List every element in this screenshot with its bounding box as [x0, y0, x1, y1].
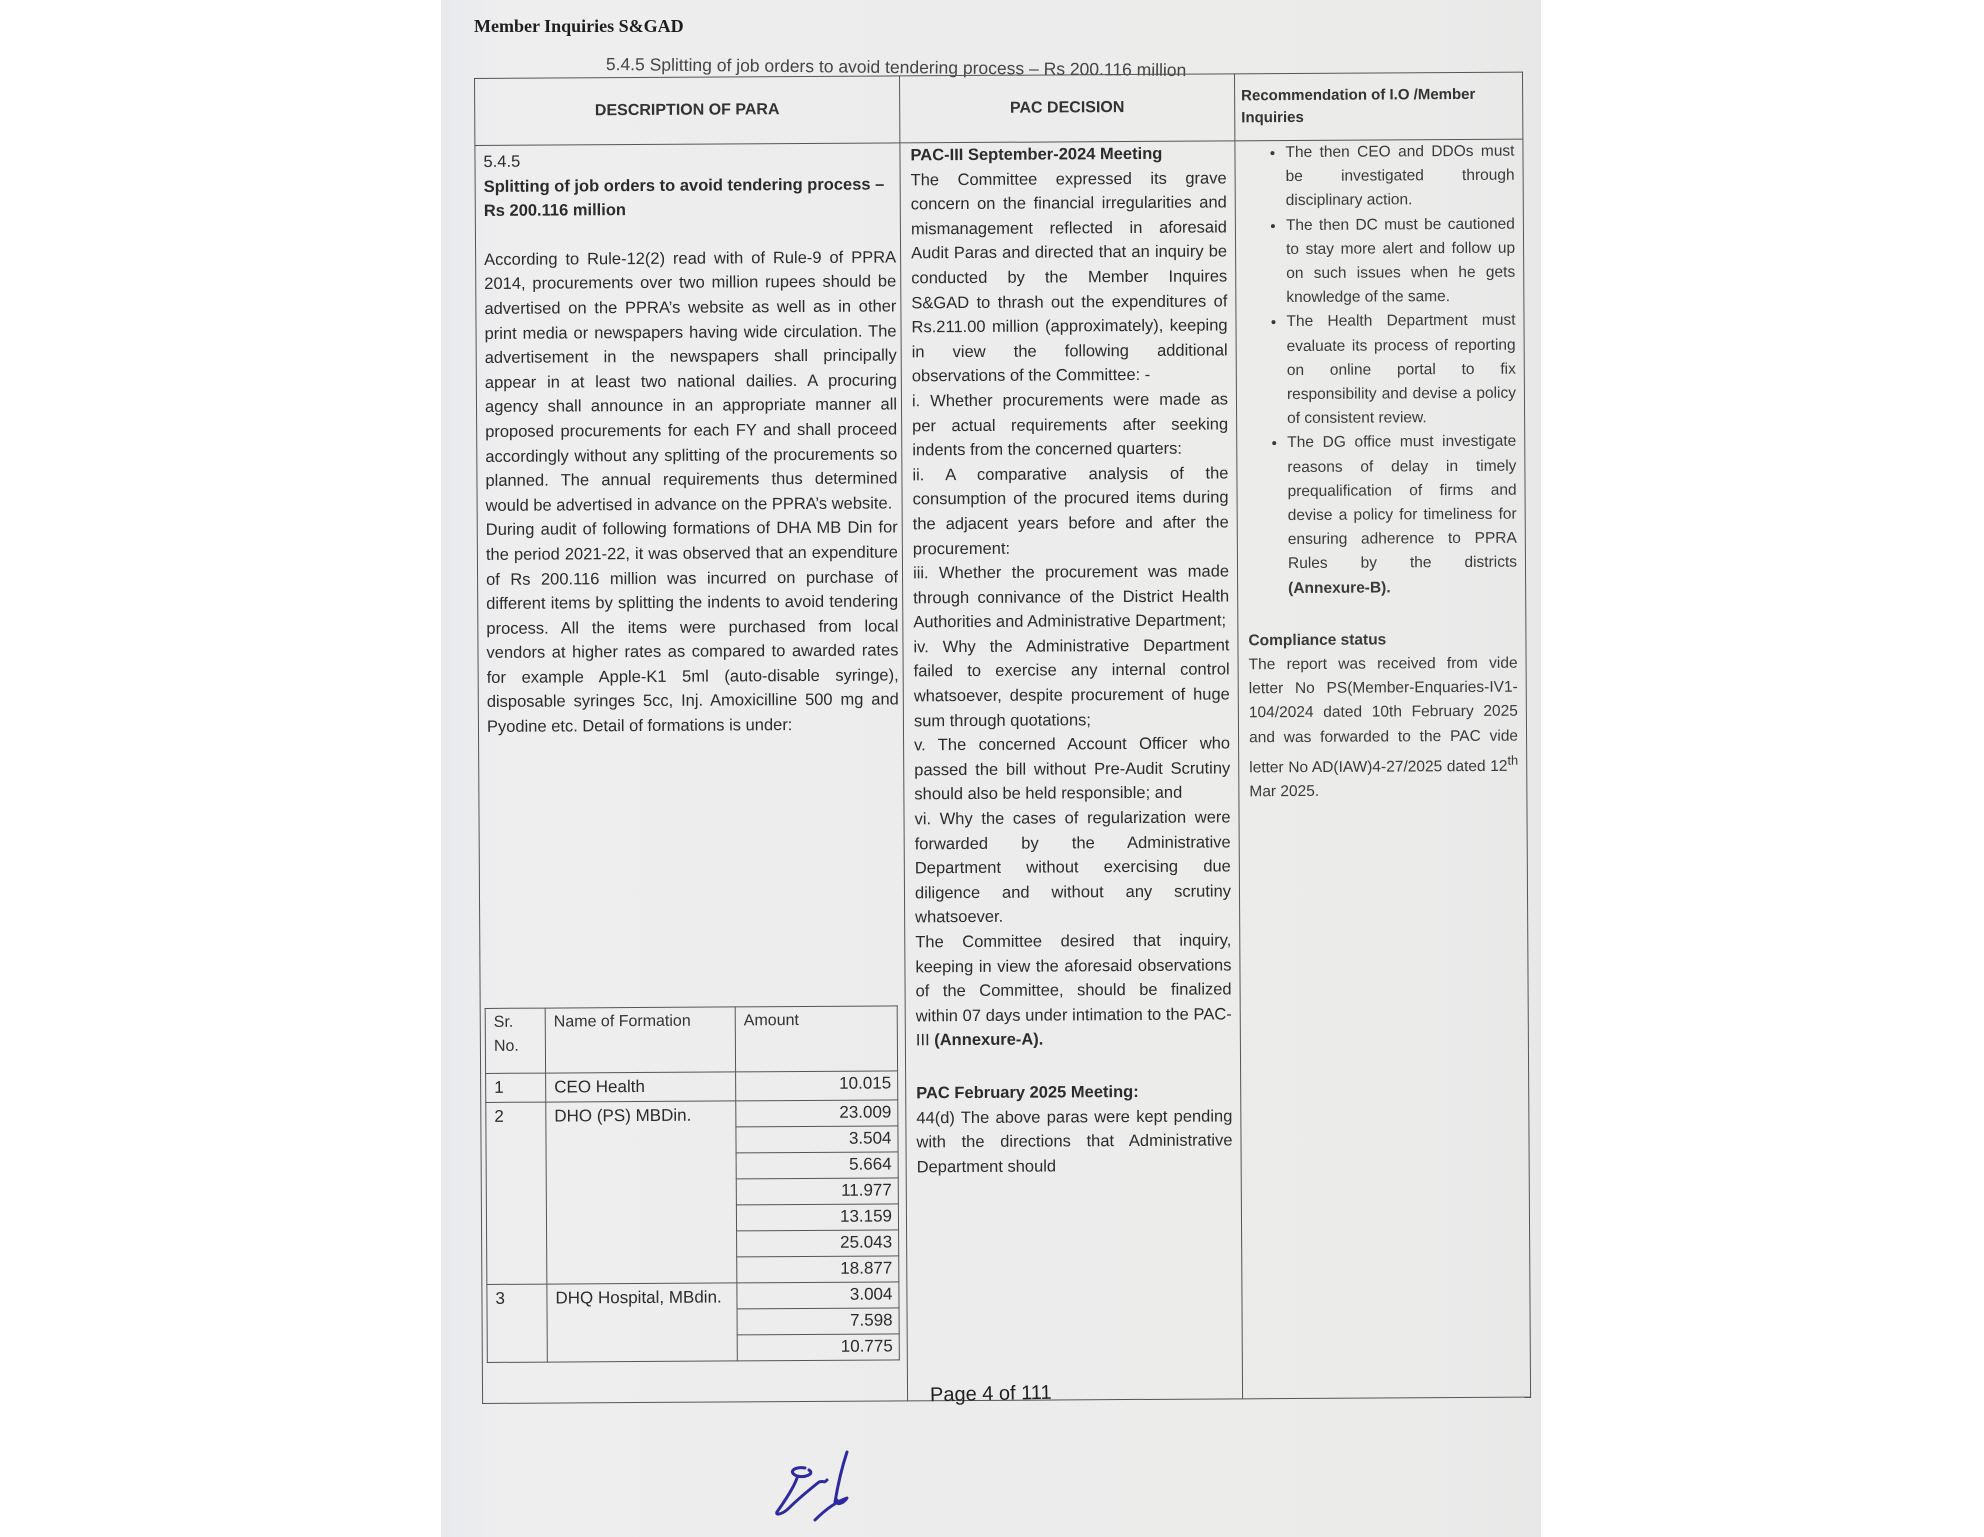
para-table: DESCRIPTION OF PARA PAC DECISION Recomme… — [474, 72, 1531, 1404]
document-header: Member Inquiries S&GAD — [474, 16, 684, 37]
compliance-status-text: The report was received from vide letter… — [1249, 652, 1519, 805]
formation-amount: 10.015 — [736, 1071, 898, 1101]
formation-amount: 10.775 — [737, 1334, 899, 1361]
ordinal-suffix: th — [1507, 753, 1518, 768]
para-audit-text: During audit of following formations of … — [486, 516, 899, 740]
recommendation-item: The Health Department must evaluate its … — [1286, 309, 1516, 431]
description-cell: 5.4.5 Splitting of job orders to avoid t… — [475, 143, 908, 1404]
recommendation-list: The then CEO and DDOs must be investigat… — [1245, 140, 1517, 601]
formations-header-name: Name of Formation — [545, 1007, 735, 1073]
formation-amount: 11.977 — [736, 1178, 898, 1205]
formation-amount: 23.009 — [736, 1100, 898, 1127]
page-number: Page 4 of 111 — [930, 1382, 1052, 1408]
meeting-sept-2024-intro: The Committee expressed its grave concer… — [911, 166, 1228, 389]
header-description: DESCRIPTION OF PARA — [475, 76, 900, 146]
meeting-sept-2024-title: PAC-III September-2024 Meeting — [910, 141, 1226, 168]
observation-item: vi. Why the cases of regularization were… — [914, 805, 1231, 930]
meeting-sept-2024-conclusion: The Committee desired that inquiry, keep… — [915, 928, 1232, 1053]
formation-sr: 2 — [486, 1102, 547, 1284]
formations-header-sr: Sr. No. — [485, 1008, 545, 1073]
formation-amount: 7.598 — [737, 1308, 899, 1335]
observation-item: i. Whether procurements were made as per… — [912, 387, 1228, 463]
formation-amount: 18.877 — [737, 1256, 899, 1283]
para-table-header-row: DESCRIPTION OF PARA PAC DECISION Recomme… — [475, 72, 1523, 145]
header-pac-decision: PAC DECISION — [899, 74, 1234, 143]
formation-amount: 25.043 — [737, 1230, 899, 1257]
formations-header-row: Sr. No. Name of Formation Amount — [485, 1006, 897, 1074]
handwritten-signature-icon — [775, 1450, 895, 1530]
para-title: Splitting of job orders to avoid tenderi… — [484, 172, 896, 224]
compliance-status-title: Compliance status — [1248, 627, 1517, 653]
formation-name: DHO (PS) MBDin. — [546, 1101, 737, 1284]
para-rule-text: According to Rule-12(2) read with of Rul… — [484, 245, 898, 518]
formation-name: DHQ Hospital, MBdin. — [547, 1283, 737, 1362]
annexure-b-ref: (Annexure-B). — [1288, 579, 1391, 597]
formation-row: 2 DHO (PS) MBDin. 23.009 — [486, 1100, 898, 1129]
observation-item: ii. A comparative analysis of the consum… — [912, 461, 1229, 561]
recommendation-item: The DG office must investigate reasons o… — [1287, 430, 1517, 601]
formation-sr: 3 — [487, 1284, 547, 1362]
formations-header-amount: Amount — [735, 1006, 897, 1072]
recommendation-cell: The then CEO and DDOs must be investigat… — [1235, 139, 1531, 1399]
formation-row: 1 CEO Health 10.015 — [486, 1071, 898, 1103]
pac-decision-cell: PAC-III September-2024 Meeting The Commi… — [900, 141, 1243, 1401]
para-number: 5.4.5 — [483, 147, 895, 174]
compliance-text-main: The report was received from vide letter… — [1249, 655, 1519, 777]
formation-amount: 3.504 — [736, 1126, 898, 1153]
header-recommendation: Recommendation of I.O /Member Inquiries — [1234, 72, 1522, 141]
formation-row: 3 DHQ Hospital, MBdin. 3.004 — [487, 1282, 899, 1311]
formations-table: Sr. No. Name of Formation Amount 1 CEO H… — [485, 1005, 900, 1363]
formation-name: CEO Health — [546, 1072, 736, 1102]
formation-amount: 13.159 — [736, 1204, 898, 1231]
formation-amount: 3.004 — [737, 1282, 899, 1309]
observation-item: iii. Whether the procurement was made th… — [913, 559, 1229, 635]
signature-icon — [775, 1450, 895, 1534]
formation-amount: 5.664 — [736, 1152, 898, 1179]
para-table-row: 5.4.5 Splitting of job orders to avoid t… — [475, 139, 1531, 1403]
recommendation-item-text: The DG office must investigate reasons o… — [1287, 433, 1517, 572]
meeting-feb-2025-text: 44(d) The above paras were kept pending … — [916, 1104, 1232, 1180]
compliance-text-end: Mar 2025. — [1249, 783, 1319, 800]
annexure-a-ref: (Annexure-A). — [934, 1031, 1043, 1050]
formation-sr: 1 — [486, 1073, 546, 1102]
recommendation-item: The then DC must be cautioned to stay mo… — [1286, 212, 1516, 310]
recommendation-item: The then CEO and DDOs must be investigat… — [1285, 140, 1514, 214]
observation-item: v. The concerned Account Officer who pas… — [914, 732, 1230, 808]
para-table-wrapper: DESCRIPTION OF PARA PAC DECISION Recomme… — [474, 72, 1530, 1404]
meeting-feb-2025-title: PAC February 2025 Meeting: — [916, 1079, 1232, 1106]
observation-item: iv. Why the Administrative Department fa… — [913, 633, 1230, 733]
